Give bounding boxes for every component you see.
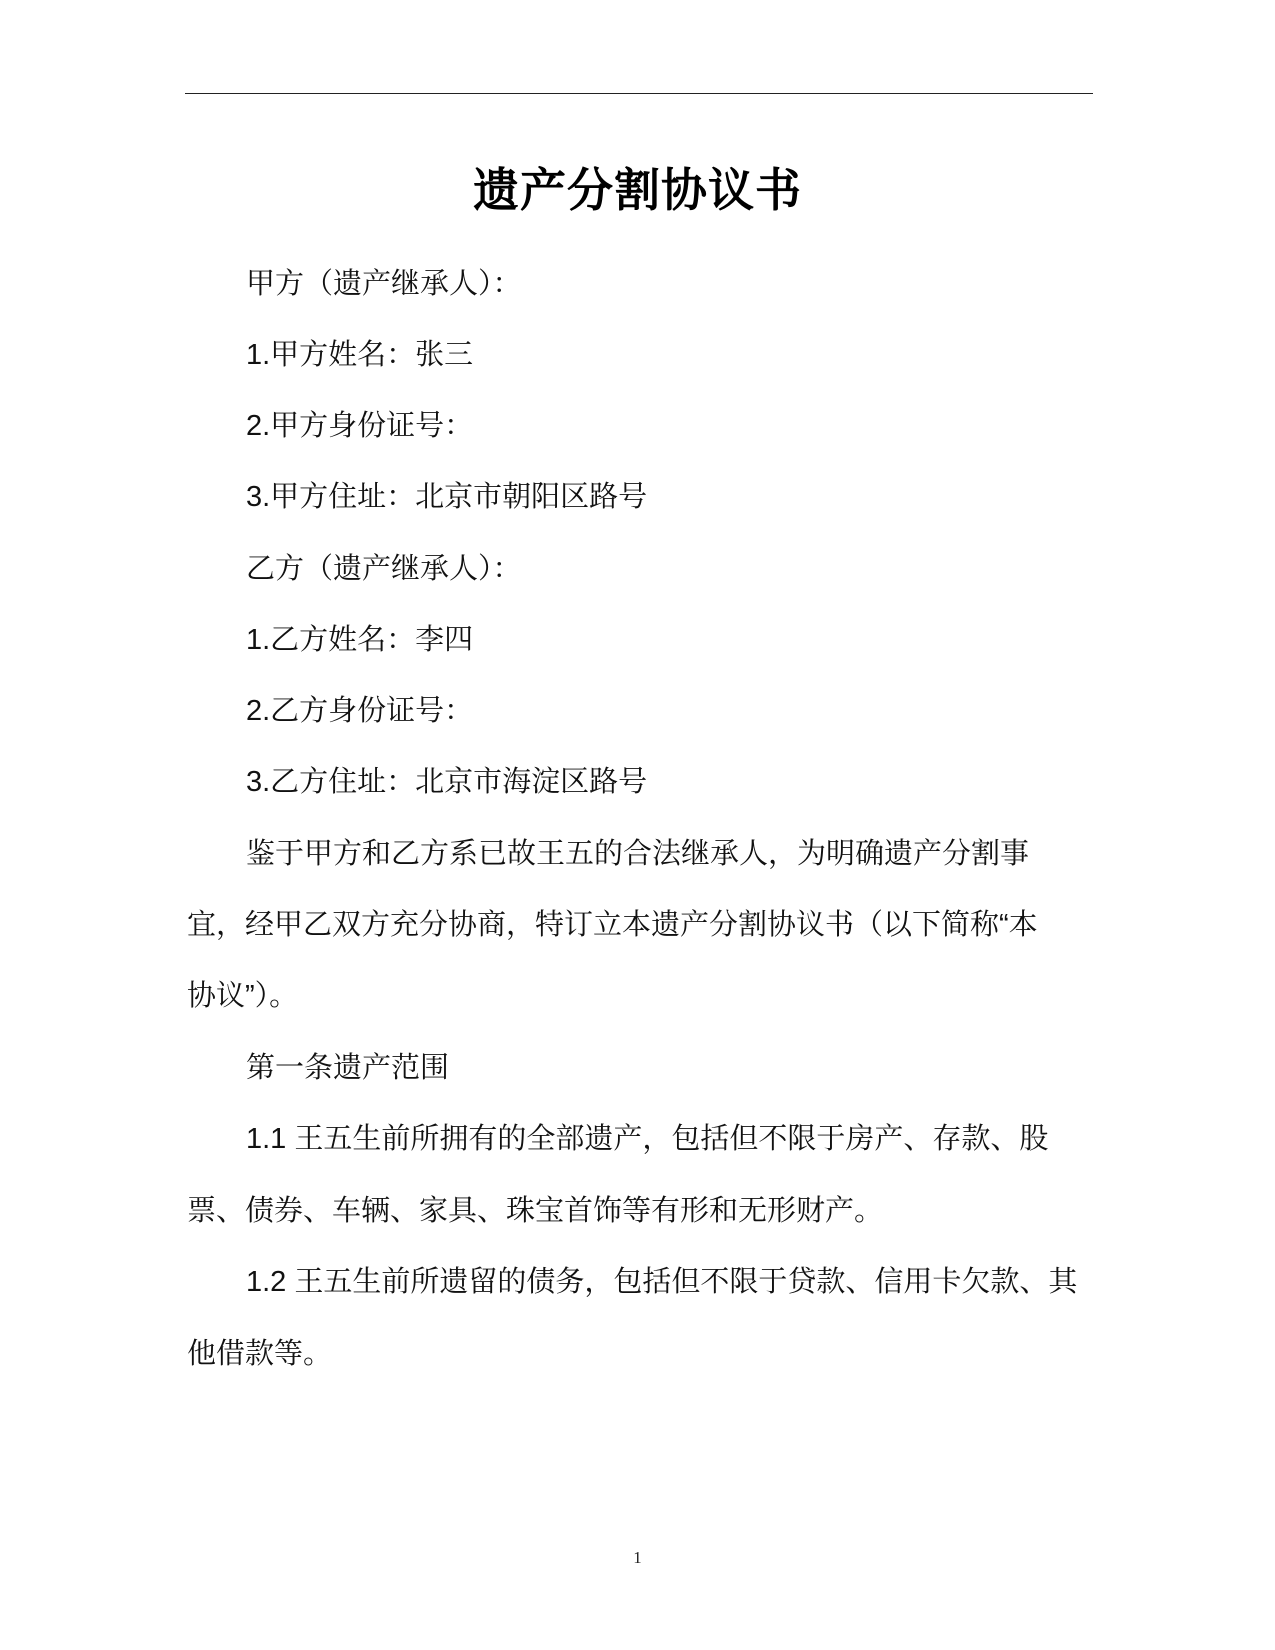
party-b-id-number: 2.乙方身份证号： <box>246 691 473 731</box>
document-title: 遗产分割协议书 <box>0 162 1275 218</box>
preamble-line: 宜，经甲乙双方充分协商，特订立本遗产分割协议书（以下简称“本 <box>187 905 1038 945</box>
party-b-address: 3.乙方住址：北京市海淀区路号 <box>246 762 647 802</box>
clause-line: 1.2 王五生前所遗留的债务，包括但不限于贷款、信用卡欠款、其 <box>246 1262 1077 1302</box>
party-a-id-number: 2.甲方身份证号： <box>246 406 473 446</box>
party-a-address: 3.甲方住址：北京市朝阳区路号 <box>246 477 647 517</box>
party-a-heading: 甲方（遗产继承人）： <box>246 264 522 304</box>
party-b-heading: 乙方（遗产继承人）： <box>246 549 522 589</box>
preamble-line: 鉴于甲方和乙方系已故王五的合法继承人，为明确遗产分割事 <box>246 834 1029 874</box>
party-b-name: 1.乙方姓名：李四 <box>246 620 473 660</box>
party-a-name: 1.甲方姓名：张三 <box>246 335 473 375</box>
clause-line: 他借款等。 <box>187 1334 332 1374</box>
header-rule <box>185 93 1093 94</box>
page-number: 1 <box>0 1548 1275 1568</box>
clause-line: 1.1 王五生前所拥有的全部遗产，包括但不限于房产、存款、股 <box>246 1119 1048 1159</box>
clause-line: 票、债券、车辆、家具、珠宝首饰等有形和无形财产。 <box>187 1191 883 1231</box>
article-1-heading: 第一条遗产范围 <box>246 1048 449 1088</box>
preamble-line: 协议”）。 <box>187 976 298 1016</box>
